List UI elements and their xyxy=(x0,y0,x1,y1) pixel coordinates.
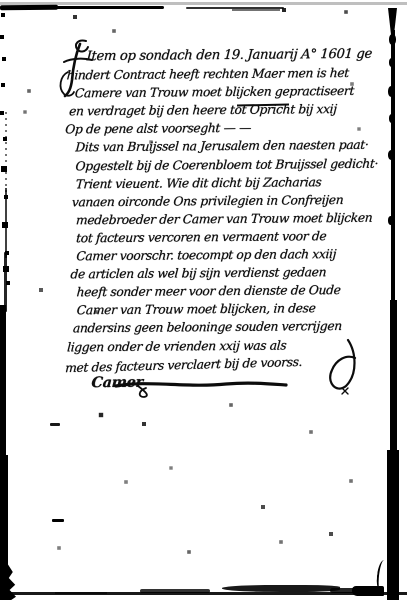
descender-loop-flourish xyxy=(316,336,360,396)
scan-edge-left xyxy=(4,252,7,312)
manuscript-scan-page: Item op sondach den 19. Januarij A° 1601… xyxy=(0,0,407,600)
scan-edge-right xyxy=(387,450,399,600)
scan-edge-smudge xyxy=(222,585,340,592)
scan-edge-left xyxy=(5,112,7,192)
stray-ink-dash xyxy=(52,519,64,522)
stray-ink-dash xyxy=(50,423,60,426)
scan-edge-blot xyxy=(389,34,396,45)
closing-flourish-line xyxy=(86,376,292,398)
scan-edge-smudge xyxy=(55,592,107,594)
scan-noise-speckles xyxy=(0,0,2,2)
scan-edge-left xyxy=(0,305,6,465)
scan-edge-bottom-shadow xyxy=(0,2,407,5)
scan-edge-right xyxy=(390,300,397,455)
scan-edge-top xyxy=(232,9,280,11)
manuscript-line: Trient vieuent. Wie dit dicht bij Zachar… xyxy=(75,172,376,193)
scan-edge-blot xyxy=(388,150,395,160)
scan-edge-right xyxy=(391,30,395,305)
scan-edge-blot xyxy=(389,114,395,123)
scan-edge-blot xyxy=(389,58,395,67)
scan-edge-top xyxy=(0,5,58,11)
scan-edge-blot xyxy=(388,216,394,225)
manuscript-line: Opgestelt bij de Coerenbloem tot Bruijss… xyxy=(75,154,376,175)
manuscript-line: Dits van Bruijssel na Jerusalem den naes… xyxy=(75,136,376,157)
scan-edge-smudge xyxy=(140,589,210,593)
scan-edge-blot xyxy=(388,86,395,97)
scan-edge-top xyxy=(52,6,164,9)
scan-edge-left xyxy=(5,188,7,258)
manuscript-line: andersins geen belooninge souden vercrij… xyxy=(72,317,377,338)
